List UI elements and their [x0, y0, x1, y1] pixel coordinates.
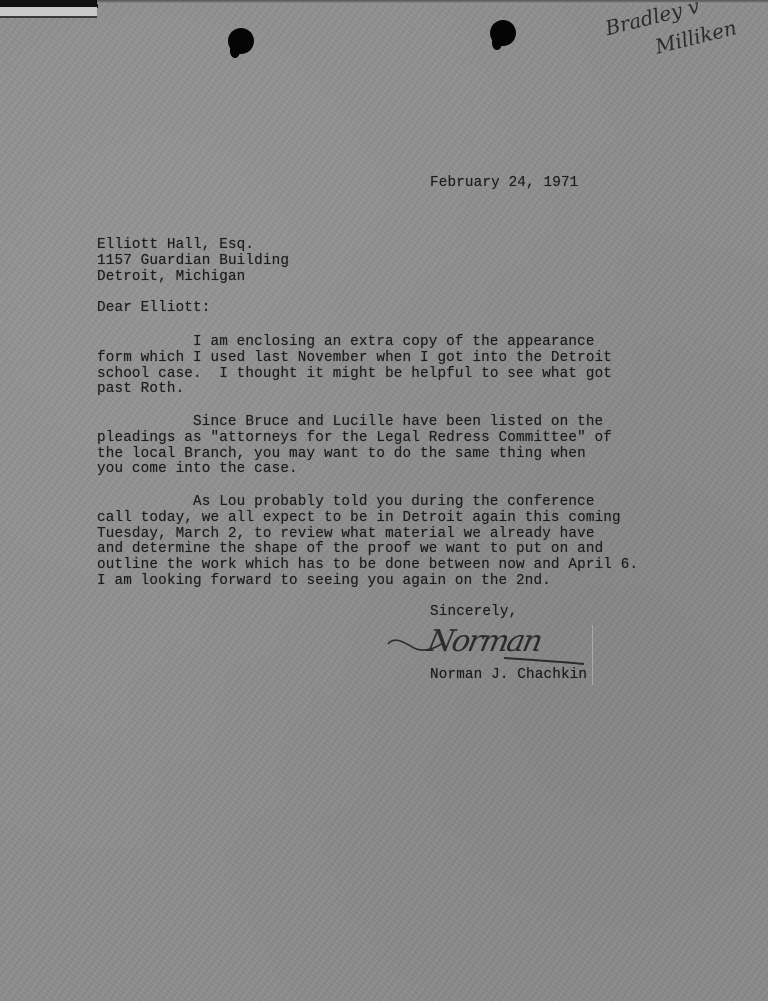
paragraph-line: call today, we all expect to be in Detro… [97, 510, 621, 526]
paragraph-line: past Roth. [97, 381, 184, 397]
paragraph-line: outline the work which has to be done be… [97, 557, 638, 573]
paragraph-line: and determine the shape of the proof we … [97, 541, 603, 557]
paragraph-line: the local Branch, you may want to do the… [97, 446, 586, 462]
letter-page: Bradley v Milliken February 24, 1971 Ell… [0, 0, 768, 1001]
paragraph-line: I am looking forward to seeing you again… [97, 573, 551, 589]
paragraph-line: As Lou probably told you during the conf… [193, 494, 595, 510]
punch-hole-icon [490, 20, 516, 46]
paragraph-3: As Lou probably told you during the conf… [97, 495, 638, 590]
salutation: Dear Elliott: [97, 301, 210, 317]
paragraph-2: Since Bruce and Lucille have been listed… [97, 415, 612, 478]
paragraph-line: I am enclosing an extra copy of the appe… [193, 334, 595, 350]
handwritten-annotation: Bradley v Milliken [602, 0, 768, 72]
paragraph-line: Since Bruce and Lucille have been listed… [193, 414, 603, 430]
signature-text: Norman [424, 624, 544, 659]
closing: Sincerely, [430, 605, 517, 621]
paragraph-line: you come into the case. [97, 461, 298, 477]
paragraph-line: form which I used last November when I g… [97, 350, 612, 366]
recipient-name: Elliott Hall, Esq. [97, 237, 254, 253]
paragraph-line: pleadings as "attorneys for the Legal Re… [97, 430, 612, 446]
signer-name: Norman J. Chachkin [430, 668, 587, 684]
paragraph-line: Tuesday, March 2, to review what materia… [97, 526, 595, 542]
scan-edge-light [0, 7, 97, 18]
recipient-city: Detroit, Michigan [97, 269, 245, 285]
recipient-street: 1157 Guardian Building [97, 253, 289, 269]
recipient-address: Elliott Hall, Esq. 1157 Guardian Buildin… [97, 238, 289, 285]
paragraph-1: I am enclosing an extra copy of the appe… [97, 335, 612, 398]
paragraph-line: school case. I thought it might be helpf… [97, 366, 612, 382]
handwritten-signature: Norman [384, 622, 594, 670]
letter-date: February 24, 1971 [430, 176, 578, 192]
punch-hole-icon [228, 28, 254, 54]
paper-crease [592, 625, 593, 685]
